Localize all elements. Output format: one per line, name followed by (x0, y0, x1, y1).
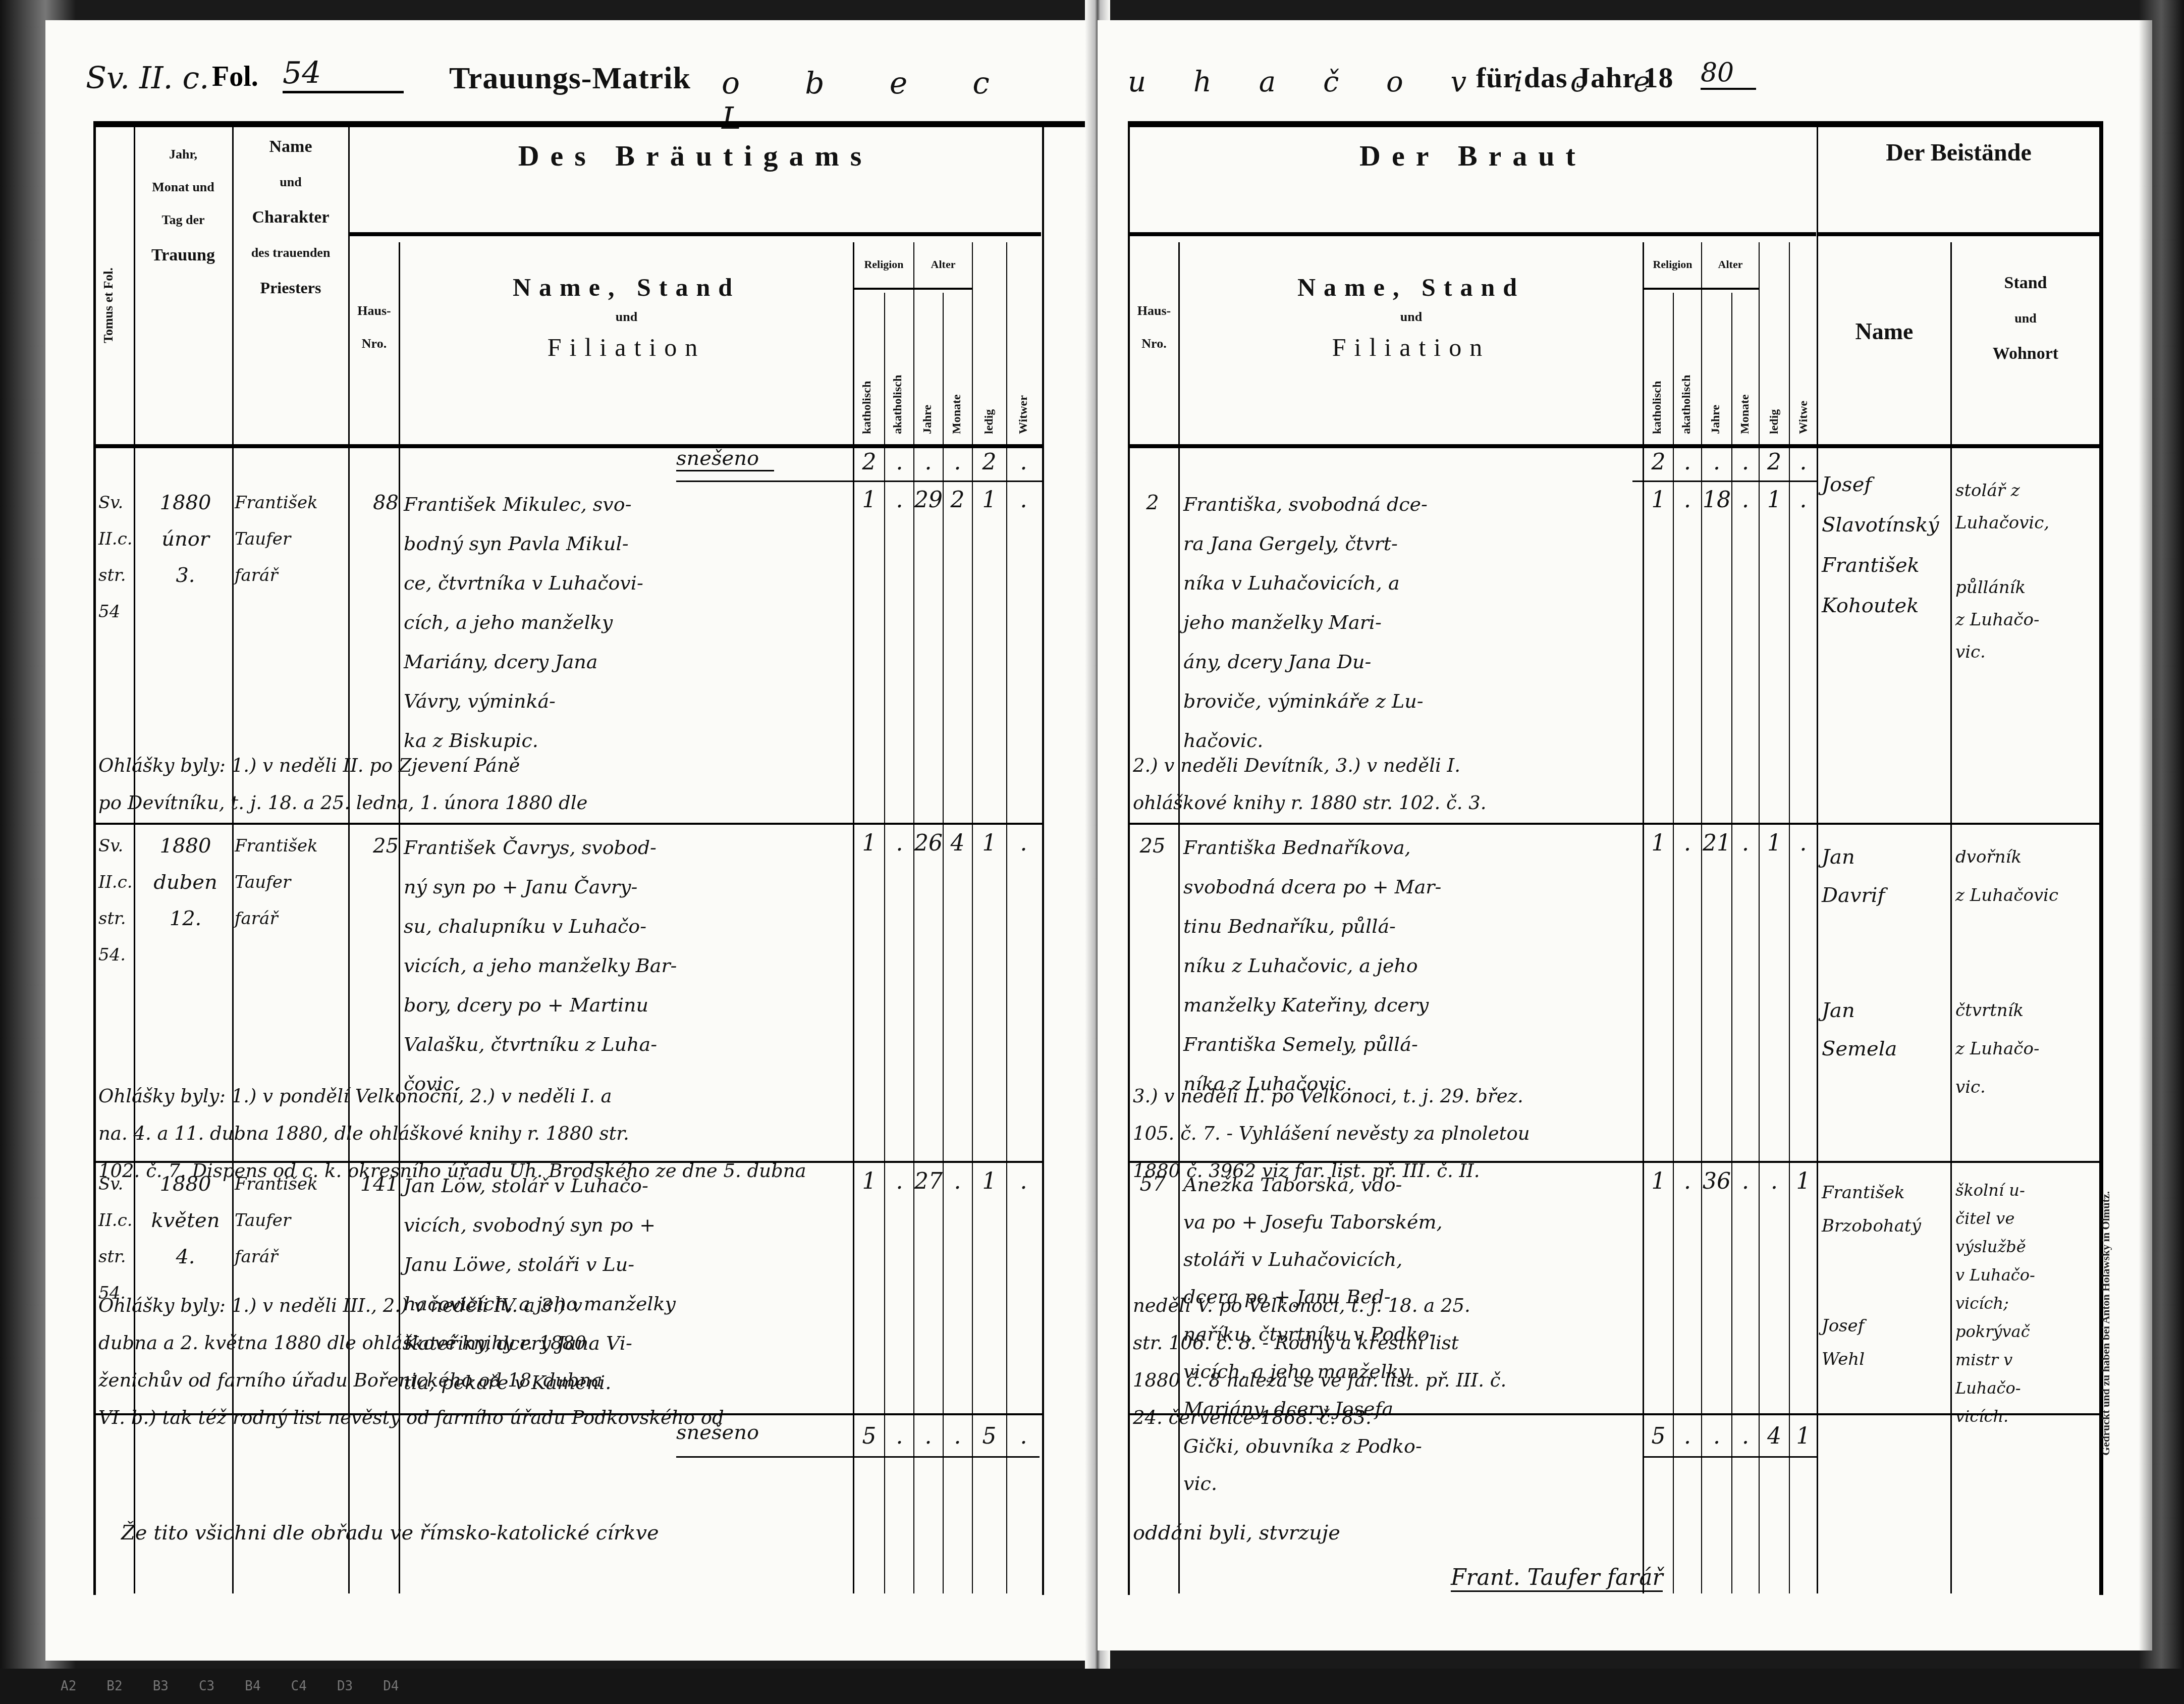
entry-3-witness-stand: školní u- čitel ve výslužbě v Luhačo- vi… (1955, 1176, 2099, 1430)
entry-2-bride-kath: 1 (1644, 830, 1673, 856)
carry-top-bride-ledig: 2 (1760, 449, 1789, 475)
ruler-label: D4 (383, 1679, 399, 1694)
ruler-label: B3 (153, 1679, 169, 1694)
entry-3-bride-haus: 57 (1130, 1166, 1175, 1202)
carry-bottom-jahre: . (914, 1423, 942, 1449)
header-name-line: Filiation (1180, 333, 1643, 362)
carry-bottom-monate: . (944, 1423, 971, 1449)
entry-1-groom-akath: . (886, 487, 913, 513)
entry-3-groom-haus: 141 (348, 1166, 399, 1202)
entry-2-tomus: Sv. II.c. str. 54. (98, 828, 134, 973)
carry-bottom-bride-witwe: 1 (1790, 1423, 1817, 1449)
header-date-line: Tag der (135, 212, 231, 229)
entry-2-groom-text: František Čavrys, svobod- ný syn po + Ja… (404, 828, 853, 1103)
header-haus: Haus- Nro. (1130, 303, 1178, 352)
volume-reference: Sv. II. c. (86, 61, 209, 96)
carry-top-bride-monate: . (1732, 449, 1759, 475)
entry-1-bride-monate: . (1732, 487, 1759, 513)
header-name-line: und (1180, 309, 1643, 326)
entry-1-tomus: Sv. II.c. str. 54 (98, 485, 134, 630)
entry-3-bride-kath: 1 (1644, 1168, 1673, 1194)
header-date-line: Jahr, (135, 146, 231, 163)
year-value: 80 (1701, 58, 1756, 90)
entry-1-bride-text: Františka, svobodná dce- ra Jana Gergely… (1183, 485, 1640, 760)
header-bottom-rule (96, 444, 1042, 448)
header-alter: Alter (914, 257, 972, 272)
register-title: Trauungs-Matrik (449, 61, 691, 96)
closing-note-right: oddáni byli, stvrzuje (1133, 1514, 1789, 1552)
header-haus-line: Nro. (350, 336, 399, 352)
entry-1-witness-stand: stolář z Luhačovic, půlláník z Luhačo- v… (1955, 474, 2099, 668)
carry-top-ledig: 2 (973, 449, 1006, 475)
carry-top-monate: . (944, 449, 971, 475)
folio-label: Fol. (212, 61, 258, 93)
carry-rule (676, 481, 1042, 482)
carry-top-witwer: . (1007, 449, 1040, 475)
header-witness-stand: Stand und Wohnort (1952, 273, 2099, 365)
carry-bottom-bride-akath: . (1674, 1423, 1701, 1449)
header-date-line: Monat und (135, 179, 231, 196)
header-rule (1702, 288, 1759, 290)
entry-1-bride-ledig: 1 (1760, 487, 1789, 513)
entry-2-witness-stand: dvořník z Luhačovic čtvrtník z Luhačo- v… (1955, 838, 2099, 1106)
entry-1-groom-kath: 1 (855, 487, 883, 513)
entry-1-bride-haus: 2 (1130, 485, 1175, 521)
carry-bottom-bride-monate: . (1732, 1423, 1759, 1449)
entry-1-date: 1880 únor 3. (139, 485, 232, 594)
book-edge-shadow-right (2139, 0, 2184, 1704)
carry-rule (1643, 1456, 1817, 1458)
header-date-line: Trauung (135, 245, 231, 267)
entry-1-bride-witwe: . (1790, 487, 1817, 513)
carry-top-bride-kath: 2 (1644, 449, 1673, 475)
carry-top-kath: 2 (855, 449, 883, 475)
header-stand-line: Stand (1952, 273, 2099, 294)
entry-1-bride-jahre: 18 (1702, 487, 1731, 513)
entry-1-groom-witwer: . (1007, 487, 1040, 513)
entry-3-bride-monate: . (1732, 1168, 1759, 1194)
scan-ruler-strip: A2 B2 B3 C3 B4 C4 D3 D4 (0, 1669, 2184, 1704)
entry-3-groom-witwer: . (1007, 1168, 1040, 1194)
entry-2-groom-ledig: 1 (973, 830, 1006, 856)
header-priest-line: des trauenden (235, 245, 347, 261)
entry-3-bride-ledig: . (1760, 1168, 1789, 1194)
entry-divider (96, 1161, 1042, 1163)
col-divider (1817, 127, 1818, 1593)
carry-bottom-witwer: . (1007, 1423, 1040, 1449)
header-witwe: Witwe (1797, 353, 1811, 434)
entry-3-date: 1880 květen 4. (139, 1166, 232, 1275)
header-tomus: Tomus et Fol. (101, 151, 116, 343)
header-haus-line: Haus- (1130, 303, 1178, 320)
entry-2-priest: František Taufer farář (235, 828, 348, 937)
entry-1-banns-left: Ohlášky byly: 1.) v neděli II. po Zjeven… (98, 747, 1047, 822)
entry-2-groom-kath: 1 (855, 830, 883, 856)
entry-1-bride-akath: . (1674, 487, 1701, 513)
entry-3-witness-names: František Brzobohatý Josef Wehl (1822, 1176, 1950, 1376)
header-name-line: Name, Stand (1180, 273, 1643, 302)
header-name-line: Name, Stand (400, 273, 853, 302)
header-bride-group: Der Braut (1130, 139, 1816, 173)
header-ledig: ledig (1768, 363, 1781, 434)
header-religion: Religion (854, 257, 913, 272)
header-witness-group: Der Beistände (1818, 139, 2099, 167)
entry-2-groom-witwer: . (1007, 830, 1040, 856)
header-groom-group: Des Bräutigams (350, 139, 1041, 173)
entry-2-witness-names: Jan Davrif Jan Semela (1822, 838, 1950, 1068)
carry-top-bride-akath: . (1674, 449, 1701, 475)
carry-bottom-akath: . (886, 1423, 913, 1449)
header-akatholisch: akatholisch (1680, 303, 1694, 434)
header-rule (350, 232, 1041, 236)
carry-top-akath: . (886, 449, 913, 475)
ruler-label: D3 (337, 1679, 353, 1694)
ruler-label: B4 (245, 1679, 260, 1694)
entry-1-groom-haus: 88 (348, 485, 399, 521)
entry-2-bride-jahre: 21 (1702, 830, 1731, 856)
entry-1-bride-kath: 1 (1644, 487, 1673, 513)
header-witwer: Witwer (1017, 333, 1030, 434)
header-name-stand: Name, Stand und Filiation (400, 273, 853, 362)
carry-forward-bottom-label: snešeno (676, 1421, 774, 1444)
header-date: Jahr, Monat und Tag der Trauung (135, 146, 231, 267)
table-top-rule (93, 121, 1090, 127)
entry-1-groom-monate: 2 (944, 487, 971, 513)
entry-divider (1130, 823, 2099, 825)
closing-note-left: Že tito všichni dle obřadu ve římsko-kat… (121, 1514, 1070, 1552)
entry-2-groom-akath: . (886, 830, 913, 856)
header-alter: Alter (1702, 257, 1759, 272)
entry-2-bride-witwe: . (1790, 830, 1817, 856)
header-bottom-rule (1130, 444, 2099, 448)
entry-3-bride-jahre: 36 (1702, 1168, 1731, 1194)
left-page: Sv. II. c. Fol. 54 Trauungs-Matrik o b e… (45, 20, 1095, 1661)
header-ledig: ledig (982, 363, 996, 434)
entry-2-groom-monate: 4 (944, 830, 971, 856)
carry-top-jahre: . (914, 449, 942, 475)
entry-1-witness-names: Josef Slavotínský František Kohoutek (1822, 464, 1950, 626)
folio-number: 54 (283, 56, 404, 93)
printer-imprint: Gedruckt und zu haben bei Anton Holawsky… (2099, 1191, 2112, 1456)
header-jahre: Jahre (921, 343, 935, 434)
entry-1-groom-text: František Mikulec, svo- bodný syn Pavla … (404, 485, 853, 760)
header-rule (914, 288, 972, 290)
entry-3-groom-ledig: 1 (973, 1168, 1006, 1194)
entry-1-banns-right: 2.) v neděli Devítník, 3.) v neděli I. o… (1133, 747, 1814, 822)
entry-2-date: 1880 duben 12. (139, 828, 232, 937)
carry-forward-top-label: snešeno (676, 447, 774, 471)
ruler-label: C3 (199, 1679, 214, 1694)
header-name-line: Filiation (400, 333, 853, 362)
header-stand-line: und (1952, 310, 2099, 327)
header-rule (1818, 232, 2099, 236)
entry-3-priest: František Taufer farář (235, 1166, 348, 1275)
header-jahre: Jahre (1709, 343, 1723, 434)
header-rule (1130, 232, 1816, 236)
entry-divider (96, 823, 1042, 825)
header-katholisch: katholisch (860, 303, 874, 434)
header-rule (854, 288, 913, 290)
priest-signature: Frant. Taufer farář (1451, 1565, 1663, 1592)
header-priest: Name und Charakter des trauenden Prieste… (235, 136, 347, 298)
year-label: für das Jahr 18 (1476, 61, 1674, 94)
entry-1-groom-ledig: 1 (973, 487, 1006, 513)
header-priest-line: Charakter (235, 207, 347, 229)
entry-2-bride-monate: . (1732, 830, 1759, 856)
entry-3-groom-kath: 1 (855, 1168, 883, 1194)
ruler-label: A2 (61, 1679, 76, 1694)
entry-divider (1130, 1161, 2099, 1163)
entry-3-groom-monate: . (944, 1168, 971, 1194)
carry-top-bride-witwe: . (1790, 449, 1817, 475)
carry-rule (1632, 481, 1817, 482)
carry-bottom-bride-jahre: . (1702, 1423, 1731, 1449)
entry-3-bride-witwe: 1 (1790, 1168, 1817, 1194)
header-monate: Monate (950, 323, 964, 434)
entry-2-bride-akath: . (1674, 830, 1701, 856)
entry-1-groom-jahre: 29 (914, 487, 942, 513)
entry-3-groom-jahre: 27 (914, 1168, 942, 1194)
table-top-rule (1128, 121, 2102, 127)
header-akatholisch: akatholisch (891, 303, 905, 434)
header-haus: Haus- Nro. (350, 303, 399, 352)
carry-bottom-bride-ledig: 4 (1760, 1423, 1789, 1449)
carry-bottom-ledig: 5 (973, 1423, 1006, 1449)
entry-divider (96, 1413, 1042, 1415)
entry-2-groom-jahre: 26 (914, 830, 942, 856)
header-priest-line: Priesters (235, 278, 347, 298)
entry-3-groom-akath: . (886, 1168, 913, 1194)
ruler-label: B2 (106, 1679, 122, 1694)
entry-1-priest: František Taufer farář (235, 485, 348, 594)
header-haus-line: Nro. (1130, 336, 1178, 352)
header-name-line: und (400, 309, 853, 326)
header-religion: Religion (1644, 257, 1701, 272)
entry-divider (1130, 1413, 2099, 1415)
header-haus-line: Haus- (350, 303, 399, 320)
header-witness-name: Name (1818, 318, 1950, 345)
table-left-border (93, 121, 96, 1595)
entry-2-bride-haus: 25 (1130, 828, 1175, 864)
header-name-stand: Name, Stand und Filiation (1180, 273, 1643, 362)
entry-2-bride-text: Františka Bednaříkova, svobodná dcera po… (1183, 828, 1640, 1103)
header-priest-line: und (235, 174, 347, 191)
carry-bottom-kath: 5 (855, 1423, 883, 1449)
header-rule (1644, 288, 1701, 290)
carry-top-bride-jahre: . (1702, 449, 1731, 475)
header-priest-line: Name (235, 136, 347, 158)
carry-rule (676, 1456, 1040, 1458)
ruler-label: C4 (291, 1679, 307, 1694)
right-page: u h a č o v i c e für das Jahr 18 80 Der… (1098, 20, 2152, 1650)
entry-2-groom-haus: 25 (348, 828, 399, 864)
entry-2-bride-ledig: 1 (1760, 830, 1789, 856)
header-katholisch: katholisch (1651, 303, 1664, 434)
header-monate: Monate (1738, 323, 1752, 434)
carry-bottom-bride-kath: 5 (1644, 1423, 1673, 1449)
entry-3-bride-akath: . (1674, 1168, 1701, 1194)
header-stand-line: Wohnort (1952, 343, 2099, 365)
